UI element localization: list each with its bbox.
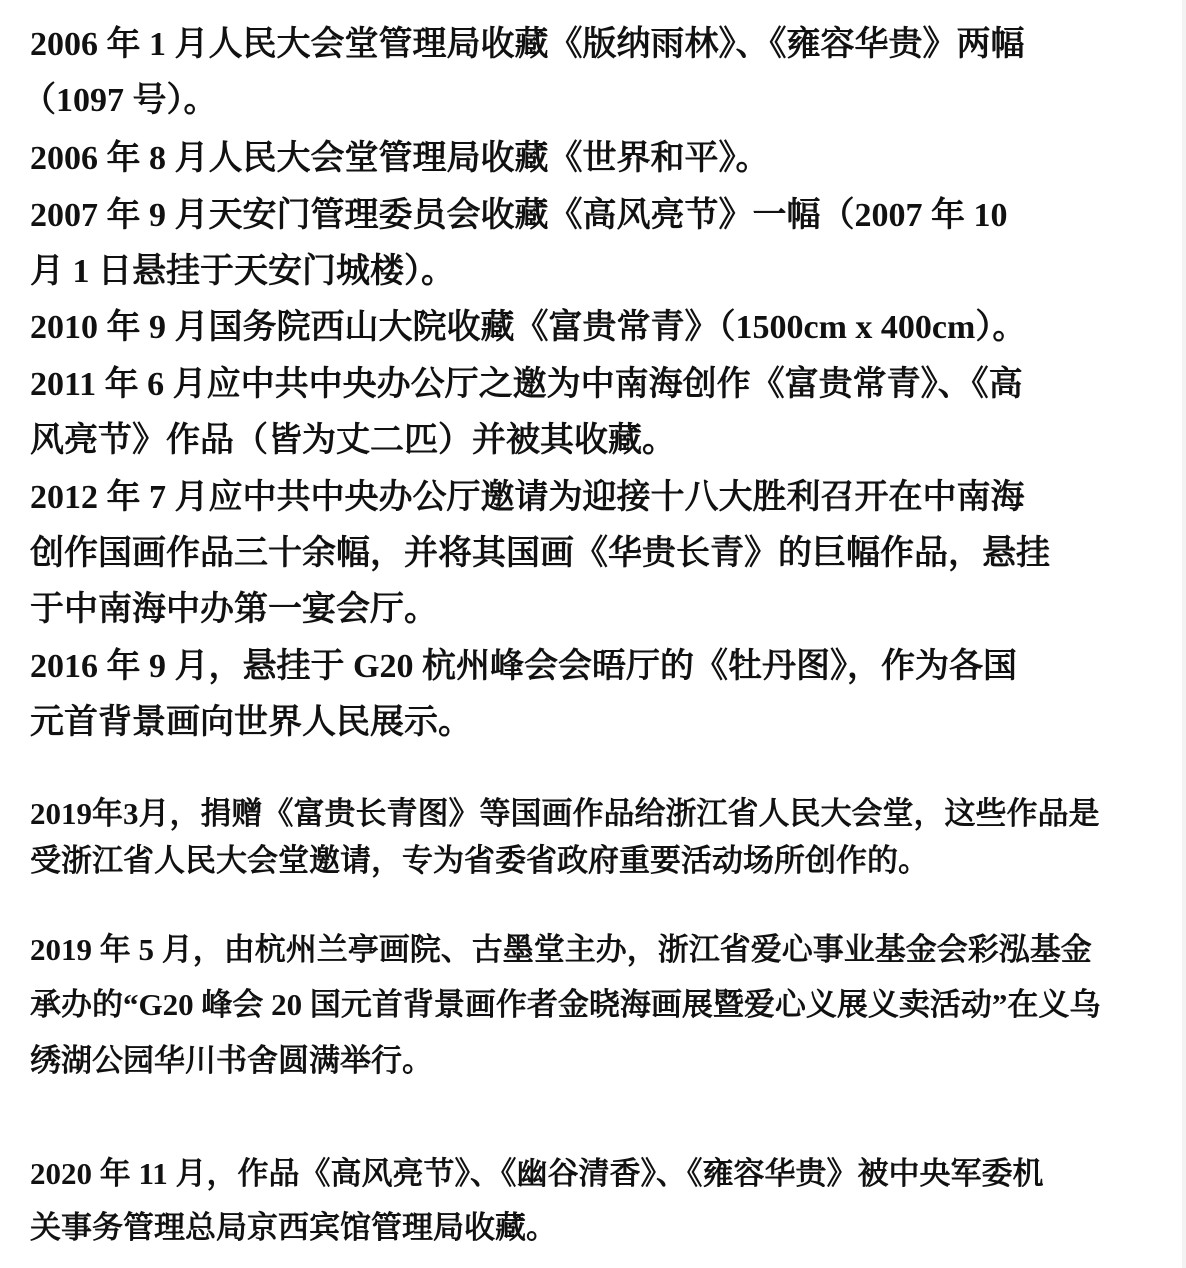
entry-line: 2011 年 6 月应中共中央办公厅之邀为中南海创作《富贵常青》、《高	[30, 365, 1023, 405]
entry-line: 月 1 日悬挂于天安门城楼）。	[30, 252, 455, 292]
entry-line: 风亮节》作品（皆为丈二匹）并被其收藏。	[30, 421, 676, 461]
entry-line: 受浙江省人民大会堂邀请，专为省委省政府重要活动场所创作的。	[30, 843, 929, 879]
entry-line: 2019年3月，捐赠《富贵长青图》等国画作品给浙江省人民大会堂，这些作品是	[30, 796, 1100, 832]
entry-line: 于中南海中办第一宴会厅。	[30, 590, 438, 630]
entry-line: 关事务管理总局京西宾馆管理局收藏。	[30, 1210, 557, 1246]
entry-line: 承办的“G20 峰会 20 国元首背景画作者金晓海画展暨爱心义展义卖活动”在义乌	[30, 987, 1100, 1023]
entry-line: 2006 年 1 月人民大会堂管理局收藏《版纳雨林》、《雍容华贵》两幅	[30, 25, 1025, 65]
entry-line: 2007 年 9 月天安门管理委员会收藏《高风亮节》一幅（2007 年 10	[30, 196, 1008, 236]
entry-line: 创作国画作品三十余幅，并将其国画《华贵长青》的巨幅作品，悬挂	[30, 534, 1050, 574]
entry-line: 2006 年 8 月人民大会堂管理局收藏《世界和平》。	[30, 139, 770, 179]
entry-line: （1097 号）。	[22, 81, 218, 121]
entry-line: 绣湖公园华川书舍圆满举行。	[30, 1043, 433, 1079]
document-page: 2006 年 1 月人民大会堂管理局收藏《版纳雨林》、《雍容华贵》两幅 （109…	[0, 0, 1186, 1268]
entry-line: 2020 年 11 月，作品《高风亮节》、《幽谷清香》、《雍容华贵》被中央军委机	[30, 1156, 1044, 1192]
entry-line: 2019 年 5 月，由杭州兰亭画院、古墨堂主办，浙江省爱心事业基金会彩泓基金	[30, 932, 1092, 968]
entry-line: 2010 年 9 月国务院西山大院收藏《富贵常青》（1500cm x 400cm…	[30, 308, 1026, 348]
entry-line: 2016 年 9 月，悬挂于 G20 杭州峰会会晤厅的《牡丹图》，作为各国	[30, 647, 1017, 687]
entry-line: 元首背景画向世界人民展示。	[30, 703, 472, 743]
entry-line: 2012 年 7 月应中共中央办公厅邀请为迎接十八大胜利召开在中南海	[30, 478, 1025, 518]
